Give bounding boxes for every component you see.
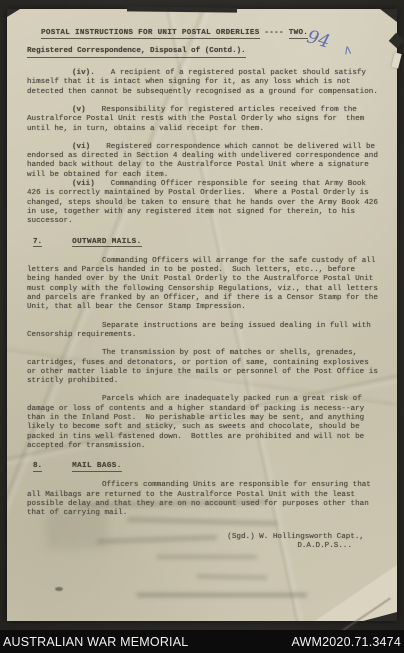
section-8-title: MAIL BAGS. [72, 462, 122, 472]
heading-outward-mails: 7.OUTWARD MAILS. [27, 238, 382, 247]
folded-corner-tip [363, 612, 397, 621]
paragraph-v-label: (v) [72, 106, 86, 114]
section-7-number: 7. [33, 238, 42, 248]
paragraph-vi-label: (vi) [72, 143, 90, 151]
paragraph-iv-label: (iv). [72, 69, 95, 77]
title-page-number: TWO. [289, 29, 308, 39]
bleed-through-line [137, 593, 307, 597]
section-7-title: OUTWARD MAILS. [72, 238, 141, 248]
paragraph-outward-4: Parcels which are inadequately packed ru… [27, 395, 382, 451]
typewritten-content: POSTAL INSTRUCTIONS FOR UNIT POSTAL ORDE… [7, 9, 397, 551]
paragraph-vi: (vi)Registered correspondence which cann… [27, 143, 382, 180]
paragraph-v: (v)Responsibility for registered article… [27, 106, 382, 134]
ink-spot [55, 587, 63, 591]
title-main: POSTAL INSTRUCTIONS FOR UNIT POSTAL ORDE… [41, 29, 260, 39]
bleed-through-line [157, 555, 257, 559]
paragraph-iv: (iv).A recipient of a registered postal … [27, 69, 382, 97]
signature-line-2: D.A.D.P.S... [227, 542, 364, 551]
archive-institution-label: AUSTRALIAN WAR MEMORIAL [3, 635, 188, 649]
paragraph-outward-3: The transmission by post of matches or s… [27, 349, 382, 386]
heading-mail-bags: 8.MAIL BAGS. [27, 462, 382, 471]
signature-line-1: (Sgd.) W. Hollingsworth Capt., [227, 533, 364, 542]
section-8-number: 8. [33, 462, 42, 472]
archive-caption-bar: AUSTRALIAN WAR MEMORIAL AWM2020.71.3474 [0, 630, 404, 653]
paragraph-vii-label: (vii) [72, 180, 95, 188]
paragraph-mail-bags: Officers commanding Units are responsibl… [27, 481, 382, 518]
title-dashes: ---- [260, 29, 289, 37]
heading-registered-correspondence: Registered Correspondence, Disposal of (… [27, 47, 246, 58]
document-page: 94 ∧ POSTAL INSTRUCTIONS FOR UNIT POSTAL… [7, 9, 397, 621]
paragraph-outward-1: Commanding Officers will arrange for the… [27, 257, 382, 313]
paragraph-vii: (vii)Commanding Officer responsible for … [27, 180, 382, 226]
signature-block: (Sgd.) W. Hollingsworth Capt., D.A.D.P.S… [227, 533, 364, 552]
paragraph-outward-2: Separate instructions are being issued d… [27, 322, 382, 341]
archive-accession-number: AWM2020.71.3474 [291, 635, 401, 649]
bleed-through-line [197, 574, 267, 579]
scan-background: 94 ∧ POSTAL INSTRUCTIONS FOR UNIT POSTAL… [0, 0, 404, 630]
page-title: POSTAL INSTRUCTIONS FOR UNIT POSTAL ORDE… [41, 29, 382, 38]
